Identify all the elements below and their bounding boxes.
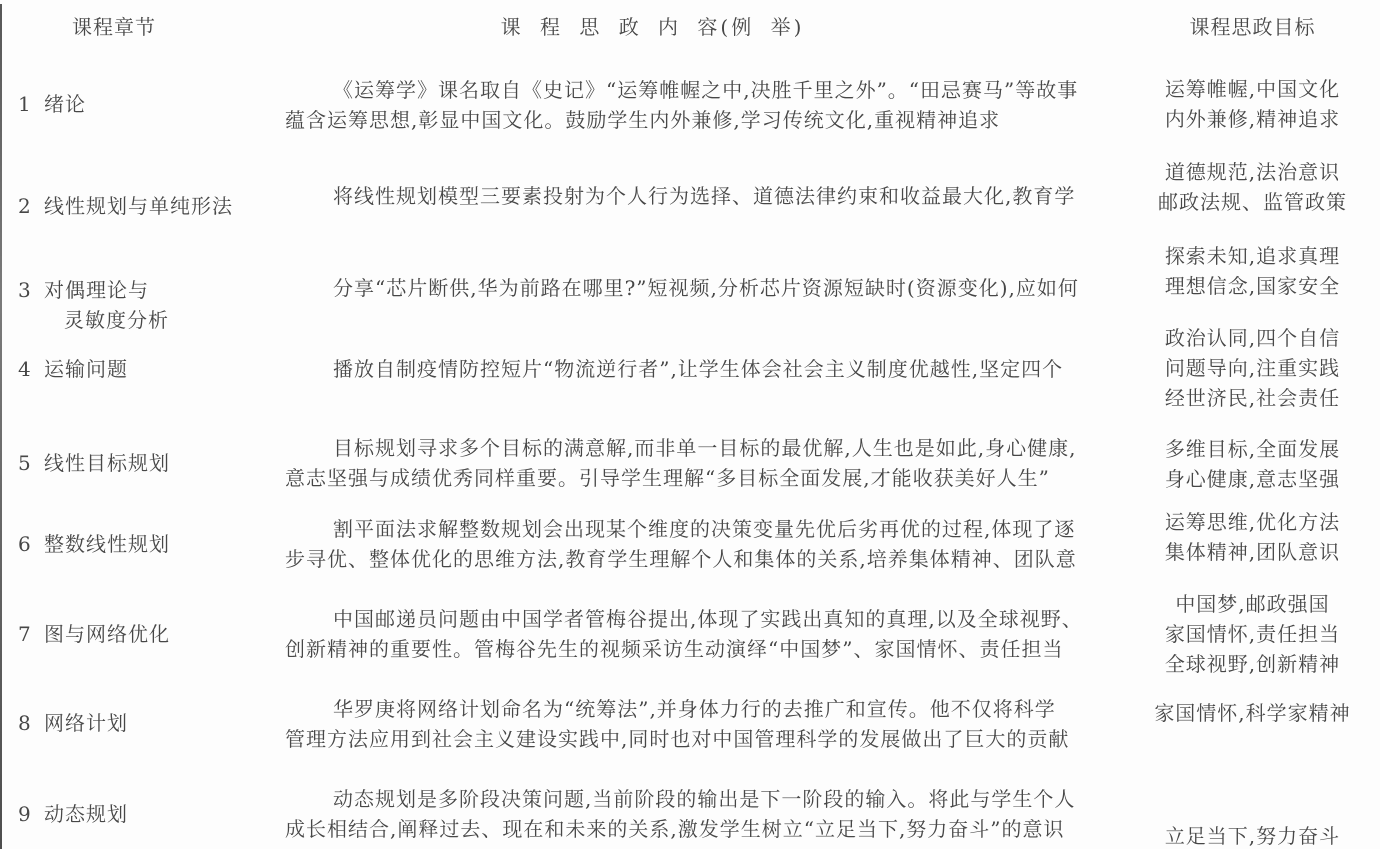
- content-line: 蕴含运筹思想,彰显中国文化。鼓励学生内外兼修,学习传统文化,重视精神追求: [285, 105, 1047, 135]
- chapter-line: 整数线性规划: [44, 529, 170, 559]
- scan-edge-artifact: [0, 4, 2, 849]
- content-cell: 播放自制疫情防控短片“物流逆行者”,让学生体会社会主义制度优越性,坚定四个: [285, 354, 1047, 384]
- chapter-number: 1: [18, 89, 44, 119]
- goal-line: 家国情怀,责任担当: [1105, 619, 1380, 649]
- chapter-number: 8: [18, 708, 44, 738]
- content-cell: 目标规划寻求多个目标的满意解,而非单一目标的最优解,人生也是如此,身心健康,意志…: [285, 433, 1047, 493]
- chapter-line: 灵敏度分析: [44, 305, 169, 335]
- chapter-line: 运输问题: [44, 354, 128, 384]
- content-line: 步寻优、整体优化的思维方法,教育学生理解个人和集体的关系,培养集体精神、团队意: [285, 544, 1047, 574]
- chapter-title: 线性目标规划: [44, 448, 170, 478]
- column-header-goal: 课程思政目标: [1105, 12, 1380, 42]
- chapter-title: 绪论: [44, 89, 86, 119]
- chapter-number: 3: [18, 275, 44, 335]
- chapter-cell: 4 运输问题: [18, 354, 128, 384]
- chapter-number: 2: [18, 191, 44, 221]
- goal-cell: 运筹思维,优化方法集体精神,团队意识: [1105, 507, 1380, 567]
- chapter-line: 网络计划: [44, 708, 128, 738]
- content-line: 割平面法求解整数规划会出现某个维度的决策变量先优后劣再优的过程,体现了逐: [285, 514, 1047, 544]
- goal-cell: 运筹帷幄,中国文化内外兼修,精神追求: [1105, 74, 1380, 134]
- content-line: 创新精神的重要性。管梅谷先生的视频采访生动演绎“中国梦”、家国情怀、责任担当: [285, 634, 1047, 664]
- chapter-title: 动态规划: [44, 799, 128, 829]
- content-line: 意志坚强与成绩优秀同样重要。引导学生理解“多目标全面发展,才能收获美好人生”: [285, 463, 1047, 493]
- chapter-cell: 5 线性目标规划: [18, 448, 170, 478]
- goal-line: 中国梦,邮政强国: [1105, 589, 1380, 619]
- goal-cell: 立足当下,努力奋斗: [1105, 821, 1380, 849]
- content-line: 将线性规划模型三要素投射为个人行为选择、道德法律约束和收益最大化,教育学: [285, 181, 1047, 211]
- content-cell: 将线性规划模型三要素投射为个人行为选择、道德法律约束和收益最大化,教育学: [285, 181, 1047, 211]
- content-line: 播放自制疫情防控短片“物流逆行者”,让学生体会社会主义制度优越性,坚定四个: [285, 354, 1047, 384]
- chapter-number: 4: [18, 354, 44, 384]
- chapter-number: 7: [18, 619, 44, 649]
- content-cell: 华罗庚将网络计划命名为“统筹法”,并身体力行的去推广和宣传。他不仅将科学管理方法…: [285, 694, 1047, 754]
- chapter-title: 运输问题: [44, 354, 128, 384]
- chapter-cell: 6 整数线性规划: [18, 529, 170, 559]
- chapter-line: 绪论: [44, 89, 86, 119]
- content-line: 动态规划是多阶段决策问题,当前阶段的输出是下一阶段的输入。将此与学生个人: [285, 784, 1047, 814]
- chapter-cell: 8 网络计划: [18, 708, 128, 738]
- chapter-title: 线性规划与单纯形法: [44, 191, 233, 221]
- chapter-cell: 3 对偶理论与灵敏度分析: [18, 275, 169, 335]
- chapter-number: 6: [18, 529, 44, 559]
- goal-cell: 政治认同,四个自信问题导向,注重实践经世济民,社会责任: [1105, 323, 1380, 413]
- goal-line: 内外兼修,精神追求: [1105, 104, 1380, 134]
- content-line: 分享“芯片断供,华为前路在哪里?”短视频,分析芯片资源短缺时(资源变化),应如何: [285, 273, 1047, 303]
- content-cell: 中国邮递员问题由中国学者管梅谷提出,体现了实践出真知的真理,以及全球视野、创新精…: [285, 604, 1047, 664]
- content-line: 中国邮递员问题由中国学者管梅谷提出,体现了实践出真知的真理,以及全球视野、: [285, 604, 1047, 634]
- content-line: 华罗庚将网络计划命名为“统筹法”,并身体力行的去推广和宣传。他不仅将科学: [285, 694, 1047, 724]
- goal-line: 多维目标,全面发展: [1105, 434, 1380, 464]
- goal-line: 经世济民,社会责任: [1105, 383, 1380, 413]
- goal-cell: 中国梦,邮政强国家国情怀,责任担当全球视野,创新精神: [1105, 589, 1380, 679]
- chapter-cell: 2 线性规划与单纯形法: [18, 191, 233, 221]
- chapter-number: 9: [18, 799, 44, 829]
- content-cell: 《运筹学》课名取自《史记》“运筹帷幄之中,决胜千里之外”。“田忌赛马”等故事蕴含…: [285, 75, 1047, 135]
- chapter-title: 网络计划: [44, 708, 128, 738]
- goal-line: 运筹帷幄,中国文化: [1105, 74, 1380, 104]
- content-cell: 分享“芯片断供,华为前路在哪里?”短视频,分析芯片资源短缺时(资源变化),应如何: [285, 273, 1047, 303]
- goal-line: 问题导向,注重实践: [1105, 353, 1380, 383]
- content-cell: 动态规划是多阶段决策问题,当前阶段的输出是下一阶段的输入。将此与学生个人成长相结…: [285, 784, 1047, 844]
- chapter-line: 动态规划: [44, 799, 128, 829]
- chapter-cell: 7 图与网络优化: [18, 619, 170, 649]
- chapter-title: 图与网络优化: [44, 619, 170, 649]
- chapter-line: 线性目标规划: [44, 448, 170, 478]
- chapter-line: 图与网络优化: [44, 619, 170, 649]
- goal-line: 全球视野,创新精神: [1105, 649, 1380, 679]
- column-header-chapter: 课程章节: [72, 12, 156, 42]
- goal-line: 探索未知,追求真理: [1105, 241, 1380, 271]
- goal-cell: 道德规范,法治意识邮政法规、监管政策: [1105, 157, 1380, 217]
- chapter-cell: 1 绪论: [18, 89, 86, 119]
- goal-line: 邮政法规、监管政策: [1105, 187, 1380, 217]
- column-header-content: 课 程 思 政 内 容(例 举): [285, 12, 1020, 42]
- chapter-cell: 9 动态规划: [18, 799, 128, 829]
- content-line: 管理方法应用到社会主义建设实践中,同时也对中国管理科学的发展做出了巨大的贡献: [285, 724, 1047, 754]
- content-line: 成长相结合,阐释过去、现在和未来的关系,激发学生树立“立足当下,努力奋斗”的意识: [285, 814, 1047, 844]
- goal-cell: 家国情怀,科学家精神: [1105, 698, 1380, 728]
- goal-line: 集体精神,团队意识: [1105, 537, 1380, 567]
- goal-cell: 多维目标,全面发展身心健康,意志坚强: [1105, 434, 1380, 494]
- goal-line: 家国情怀,科学家精神: [1105, 698, 1380, 728]
- chapter-line: 对偶理论与: [44, 275, 169, 305]
- chapter-number: 5: [18, 448, 44, 478]
- chapter-title: 整数线性规划: [44, 529, 170, 559]
- content-line: 目标规划寻求多个目标的满意解,而非单一目标的最优解,人生也是如此,身心健康,: [285, 433, 1047, 463]
- goal-line: 政治认同,四个自信: [1105, 323, 1380, 353]
- content-line: 《运筹学》课名取自《史记》“运筹帷幄之中,决胜千里之外”。“田忌赛马”等故事: [285, 75, 1047, 105]
- content-cell: 割平面法求解整数规划会出现某个维度的决策变量先优后劣再优的过程,体现了逐步寻优、…: [285, 514, 1047, 574]
- goal-line: 理想信念,国家安全: [1105, 271, 1380, 301]
- chapter-title: 对偶理论与灵敏度分析: [44, 275, 169, 335]
- scanned-table-page: 课程章节 课 程 思 政 内 容(例 举) 课程思政目标 1 绪论 《运筹学》课…: [0, 0, 1380, 849]
- chapter-line: 线性规划与单纯形法: [44, 191, 233, 221]
- goal-line: 道德规范,法治意识: [1105, 157, 1380, 187]
- goal-line: 身心健康,意志坚强: [1105, 464, 1380, 494]
- goal-line: 运筹思维,优化方法: [1105, 507, 1380, 537]
- goal-line: 立足当下,努力奋斗: [1105, 821, 1380, 849]
- goal-cell: 探索未知,追求真理理想信念,国家安全: [1105, 241, 1380, 301]
